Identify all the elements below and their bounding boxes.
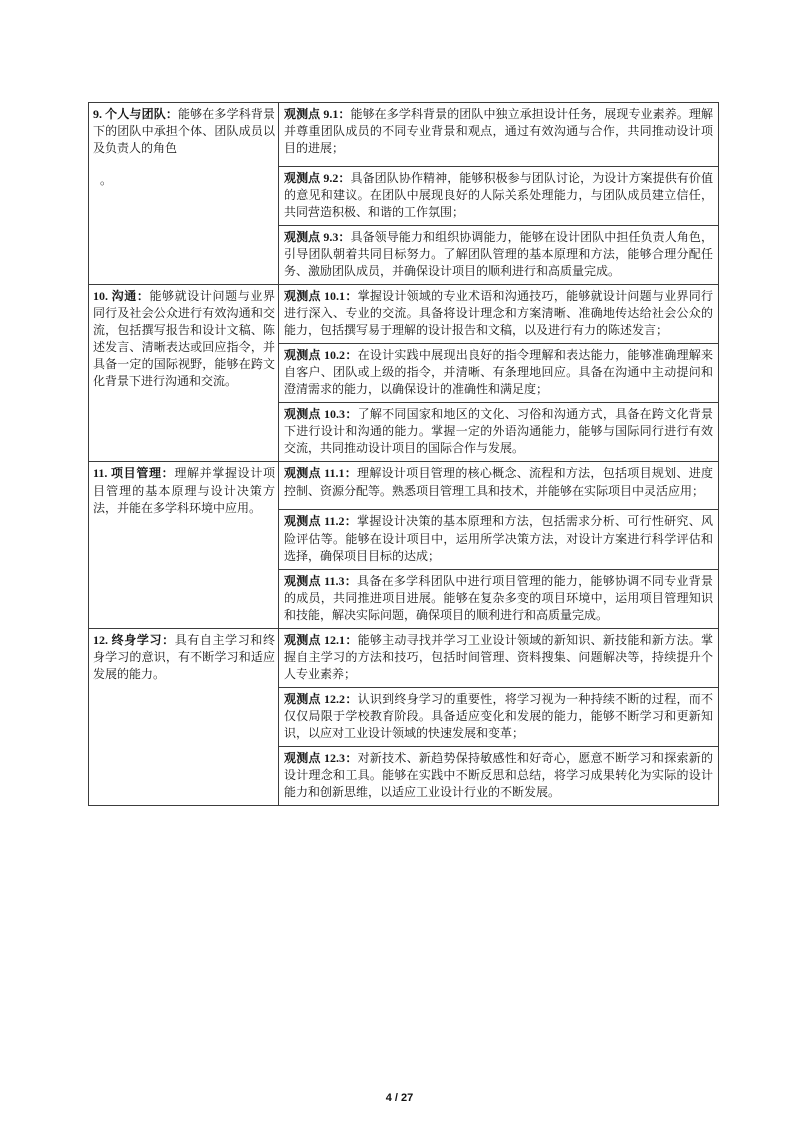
category-cell-11: 11. 项目管理：理解并掌握设计项目管理的基本原理与设计决策方法，并能在多学科环…	[89, 462, 279, 628]
point-label: 观测点 9.1：	[284, 107, 351, 121]
category-cell-9: 9. 个人与团队：能够在多学科背景下的团队中承担个体、团队成员以及负责人的角色 …	[89, 103, 279, 285]
point-cell-11-3: 观测点 11.3：具备在多学科团队中进行项目管理的能力，能够协调不同专业背景的成…	[279, 569, 719, 628]
competency-table: 9. 个人与团队：能够在多学科背景下的团队中承担个体、团队成员以及负责人的角色 …	[88, 102, 719, 806]
point-label: 观测点 11.1：	[284, 466, 357, 480]
table-row: 10. 沟通：能够就设计问题与业界同行及社会公众进行有效沟通和交流，包括撰写报告…	[89, 285, 719, 344]
category-text: 9. 个人与团队：能够在多学科背景下的团队中承担个体、团队成员以及负责人的角色	[93, 106, 275, 157]
point-cell-12-2: 观测点 12.2：认识到终身学习的重要性，将学习视为一种持续不断的过程，而不仅仅…	[279, 687, 719, 746]
table-row: 12. 终身学习：具有自主学习和终身学习的意识，有不断学习和适应发展的能力。 观…	[89, 628, 719, 687]
point-cell-10-1: 观测点 10.1：掌握设计领域的专业术语和沟通技巧，能够就设计问题与业界同行进行…	[279, 285, 719, 344]
category-text: 12. 终身学习：具有自主学习和终身学习的意识，有不断学习和适应发展的能力。	[93, 632, 275, 683]
point-label: 观测点 11.2：	[284, 514, 357, 528]
point-label: 观测点 9.3：	[284, 230, 351, 244]
point-cell-9-2: 观测点 9.2：具备团队协作精神，能够积极参与团队讨论，为设计方案提供有价值的意…	[279, 167, 719, 226]
category-text: 11. 项目管理：理解并掌握设计项目管理的基本原理与设计决策方法，并能在多学科环…	[93, 465, 275, 516]
point-label: 观测点 12.2：	[284, 692, 358, 706]
point-label: 观测点 9.2：	[284, 171, 351, 185]
point-cell-11-1: 观测点 11.1：理解设计项目管理的核心概念、流程和方法，包括项目规划、进度控制…	[279, 462, 719, 510]
point-label: 观测点 12.1：	[284, 633, 358, 647]
footer-page-number: 4 / 27	[0, 1092, 799, 1104]
point-cell-12-1: 观测点 12.1：能够主动寻找并学习工业设计领域的新知识、新技能和新方法。掌握自…	[279, 628, 719, 687]
category-label: 10. 沟通：	[93, 289, 149, 303]
table-row: 9. 个人与团队：能够在多学科背景下的团队中承担个体、团队成员以及负责人的角色 …	[89, 103, 719, 167]
table-row: 11. 项目管理：理解并掌握设计项目管理的基本原理与设计决策方法，并能在多学科环…	[89, 462, 719, 510]
category-cell-10: 10. 沟通：能够就设计问题与业界同行及社会公众进行有效沟通和交流，包括撰写报告…	[89, 285, 279, 462]
point-cell-12-3: 观测点 12.3：对新技术、新趋势保持敏感性和好奇心，愿意不断学习和探索新的设计…	[279, 746, 719, 805]
point-cell-10-2: 观测点 10.2：在设计实践中展现出良好的指令理解和表达能力，能够准确理解来自客…	[279, 344, 719, 403]
category-text: 10. 沟通：能够就设计问题与业界同行及社会公众进行有效沟通和交流，包括撰写报告…	[93, 288, 275, 390]
point-cell-9-1: 观测点 9.1：能够在多学科背景的团队中独立承担设计任务，展现专业素养。理解并尊…	[279, 103, 719, 167]
point-cell-11-2: 观测点 11.2：掌握设计决策的基本原理和方法，包括需求分析、可行性研究、风险评…	[279, 510, 719, 569]
point-label: 观测点 10.2：	[284, 348, 358, 362]
category-cell-12: 12. 终身学习：具有自主学习和终身学习的意识，有不断学习和适应发展的能力。	[89, 628, 279, 805]
point-label: 观测点 11.3：	[284, 574, 357, 588]
point-label: 观测点 10.1：	[284, 289, 358, 303]
category-label: 9. 个人与团队：	[93, 107, 178, 121]
point-cell-9-3: 观测点 9.3：具备领导能力和组织协调能力，能够在设计团队中担任负责人角色，引导…	[279, 226, 719, 285]
point-label: 观测点 12.3：	[284, 751, 358, 765]
category-label: 12. 终身学习：	[93, 633, 175, 647]
point-label: 观测点 10.3：	[284, 407, 358, 421]
point-cell-10-3: 观测点 10.3：了解不同国家和地区的文化、习俗和沟通方式，具备在跨文化背景下进…	[279, 403, 719, 462]
category-label: 11. 项目管理：	[93, 466, 174, 480]
category-suffix: 。	[93, 172, 275, 189]
document-page: 9. 个人与团队：能够在多学科背景下的团队中承担个体、团队成员以及负责人的角色 …	[0, 0, 799, 1131]
